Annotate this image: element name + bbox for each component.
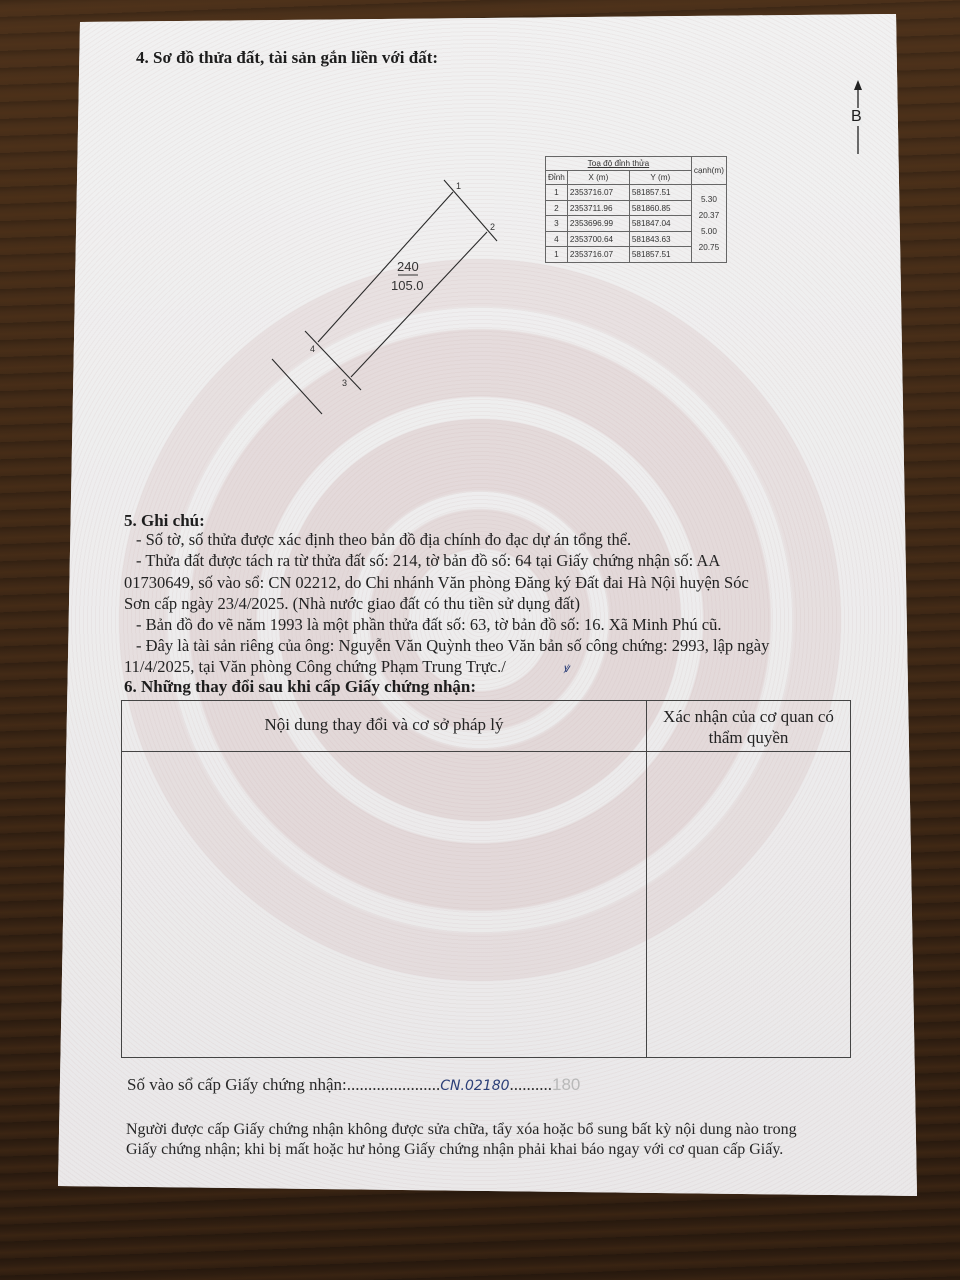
row-x: 2353700.64 xyxy=(567,231,629,247)
edge-3-4: 5.00 xyxy=(694,227,724,236)
section-4-title: 4. Sơ đồ thửa đất, tài sản gắn liền với … xyxy=(136,48,438,68)
note-line: - Số tờ, số thửa được xác định theo bản … xyxy=(136,530,631,550)
vertex-1-label: 1 xyxy=(456,181,461,191)
registry-dots: ...................... xyxy=(347,1075,441,1094)
registry-number-line: Số vào sổ cấp Giấy chứng nhận:..........… xyxy=(127,1075,580,1095)
note-line: 01730649, số vào sổ: CN 02212, do Chi nh… xyxy=(124,573,749,593)
edge-header: cạnh(m) xyxy=(691,157,726,185)
row-x: 2353696.99 xyxy=(567,216,629,232)
row-vertex: 1 xyxy=(546,247,568,263)
vertex-coordinate-table: Toạ độ đỉnh thửa cạnh(m) Đỉnh X (m) Y (m… xyxy=(545,156,727,263)
changes-content-header: Nội dung thay đổi và cơ sở pháp lý xyxy=(122,715,646,735)
footer-notice-line: Giấy chứng nhận; khi bị mất hoặc hư hỏng… xyxy=(126,1141,783,1159)
authority-confirmation-cell xyxy=(647,752,850,1057)
row-x: 2353716.07 xyxy=(567,247,629,263)
edge-2-3: 20.37 xyxy=(694,211,724,220)
edge-4-1: 20.75 xyxy=(694,243,724,252)
vertex-2-label: 2 xyxy=(490,222,495,232)
row-vertex: 2 xyxy=(546,200,568,216)
north-label: B xyxy=(851,108,862,126)
note-line: - Đây là tài sản riêng của ông: Nguyễn V… xyxy=(136,636,769,656)
vertex-header: Đỉnh xyxy=(546,171,568,185)
authority-confirmation-header: Xác nhận của cơ quan có thẩm quyền xyxy=(647,706,850,748)
row-vertex: 1 xyxy=(546,185,568,201)
parcel-area: 105.0 xyxy=(391,278,424,293)
parcel-number: 240 xyxy=(397,259,419,274)
row-vertex: 4 xyxy=(546,231,568,247)
edge-lengths: 5.30 20.37 5.00 20.75 xyxy=(691,185,726,263)
changes-table: Nội dung thay đổi và cơ sở pháp lý Xác n… xyxy=(121,700,851,1058)
row-y: 581857.51 xyxy=(629,247,691,263)
registry-label: Số vào sổ cấp Giấy chứng nhận: xyxy=(127,1075,347,1094)
table-row: 1 2353716.07 581857.51 5.30 20.37 5.00 2… xyxy=(546,185,727,201)
row-y: 581847.04 xyxy=(629,216,691,232)
registry-handwritten-value: CN.02180 xyxy=(440,1078,509,1094)
note-line: 11/4/2025, tại Văn phòng Công chứng Phạm… xyxy=(124,657,506,677)
vertex-4-label: 4 xyxy=(310,344,315,354)
note-line: - Thửa đất được tách ra từ thửa đất số: … xyxy=(136,551,720,571)
footer-notice-line: Người được cấp Giấy chứng nhận không đượ… xyxy=(126,1121,797,1139)
initials-mark: ꝟ xyxy=(563,659,569,676)
note-line: - Bản đồ đo vẽ năm 1993 là một phần thửa… xyxy=(136,615,721,635)
row-y: 581860.85 xyxy=(629,200,691,216)
changes-content-cell xyxy=(122,752,646,1057)
vertex-3-label: 3 xyxy=(342,378,347,388)
section-6-title: 6. Những thay đổi sau khi cấp Giấy chứng… xyxy=(124,677,476,697)
row-y: 581857.51 xyxy=(629,185,691,201)
row-x: 2353711.96 xyxy=(567,200,629,216)
x-header: X (m) xyxy=(567,171,629,185)
row-vertex: 3 xyxy=(546,216,568,232)
y-header: Y (m) xyxy=(629,171,691,185)
north-arrow-icon: B xyxy=(848,78,868,158)
row-x: 2353716.07 xyxy=(567,185,629,201)
edge-1-2: 5.30 xyxy=(694,195,724,204)
section-5-title: 5. Ghi chú: xyxy=(124,511,205,531)
coord-group-header: Toạ độ đỉnh thửa xyxy=(546,157,692,171)
registry-faint-suffix: 180 xyxy=(552,1075,580,1094)
registry-dots: .......... xyxy=(510,1075,553,1094)
row-y: 581843.63 xyxy=(629,231,691,247)
certificate-page: 4. Sơ đồ thửa đất, tài sản gắn liền với … xyxy=(0,0,960,1280)
note-line: Sơn cấp ngày 23/4/2025. (Nhà nước giao đ… xyxy=(124,594,580,614)
